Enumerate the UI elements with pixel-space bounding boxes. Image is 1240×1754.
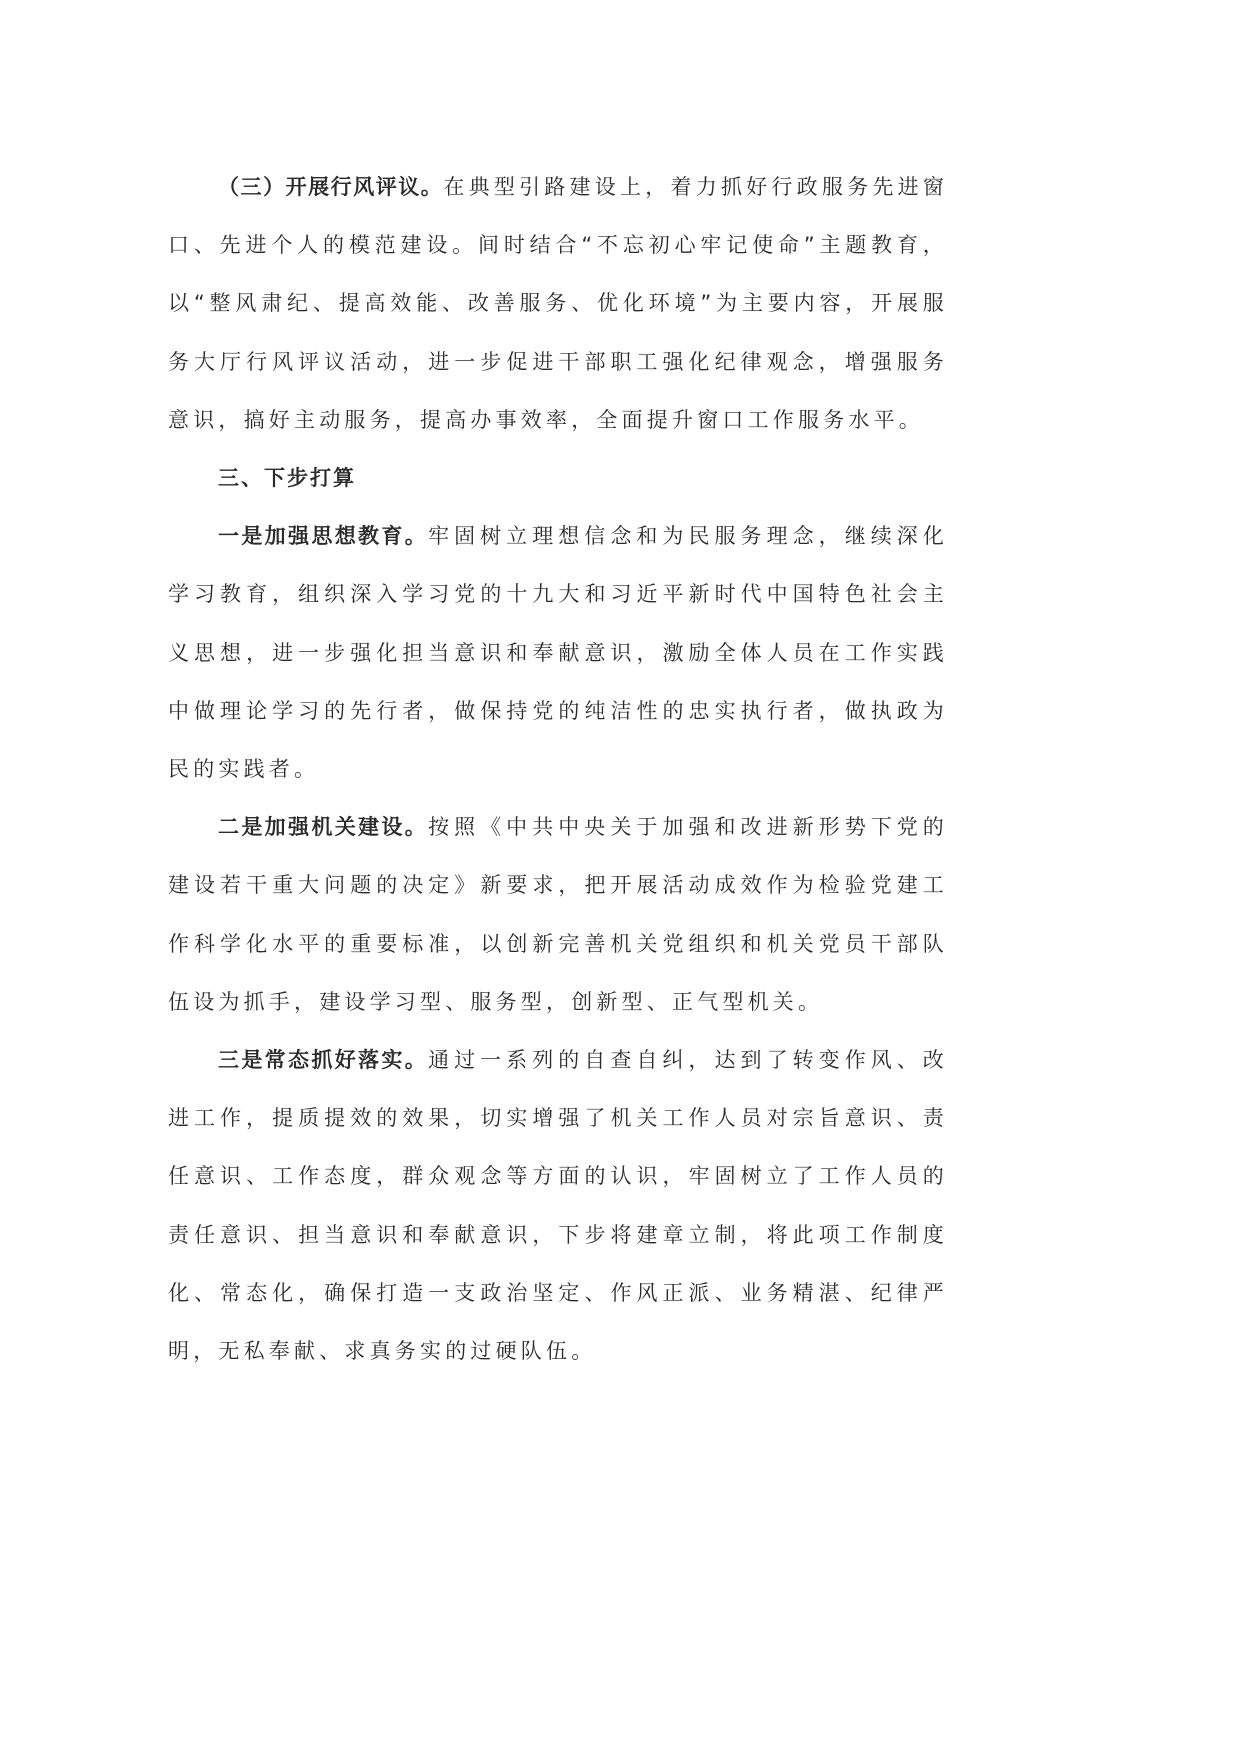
paragraph-lead: 一是加强思想教育。 — [218, 524, 428, 548]
paragraph-lead: 二是加强机关建设。 — [218, 815, 428, 839]
paragraph-body: 在典型引路建设上，着力抓好行政服务先进窗口、先进个人的模范建设。间时结合“不忘初… — [168, 175, 948, 432]
paragraph-ideological-education: 一是加强思想教育。牢固树立理想信念和为民服务理念，继续深化学习教育，组织深入学习… — [168, 507, 948, 798]
paragraph-conduct-review: （三）开展行风评议。在典型引路建设上，着力抓好行政服务先进窗口、先进个人的模范建… — [168, 158, 948, 449]
paragraph-organ-building: 二是加强机关建设。按照《中共中央关于加强和改进新形势下党的建设若干重大问题的决定… — [168, 798, 948, 1031]
paragraph-implementation: 三是常态抓好落实。通过一系列的自查自纠，达到了转变作风、改进工作，提质提效的效果… — [168, 1031, 948, 1380]
document-page: （三）开展行风评议。在典型引路建设上，着力抓好行政服务先进窗口、先进个人的模范建… — [168, 158, 948, 1380]
paragraph-body: 通过一系列的自查自纠，达到了转变作风、改进工作，提质提效的效果，切实增强了机关工… — [168, 1048, 948, 1363]
paragraph-body: 按照《中共中央关于加强和改进新形势下党的建设若干重大问题的决定》新要求，把开展活… — [168, 815, 948, 1014]
paragraph-lead: 三是常态抓好落实。 — [218, 1048, 428, 1072]
paragraph-lead: （三）开展行风评议。 — [218, 175, 443, 199]
paragraph-body: 牢固树立理想信念和为民服务理念，继续深化学习教育，组织深入学习党的十九大和习近平… — [168, 524, 948, 781]
section-heading-next-steps: 三、下步打算 — [168, 449, 948, 507]
